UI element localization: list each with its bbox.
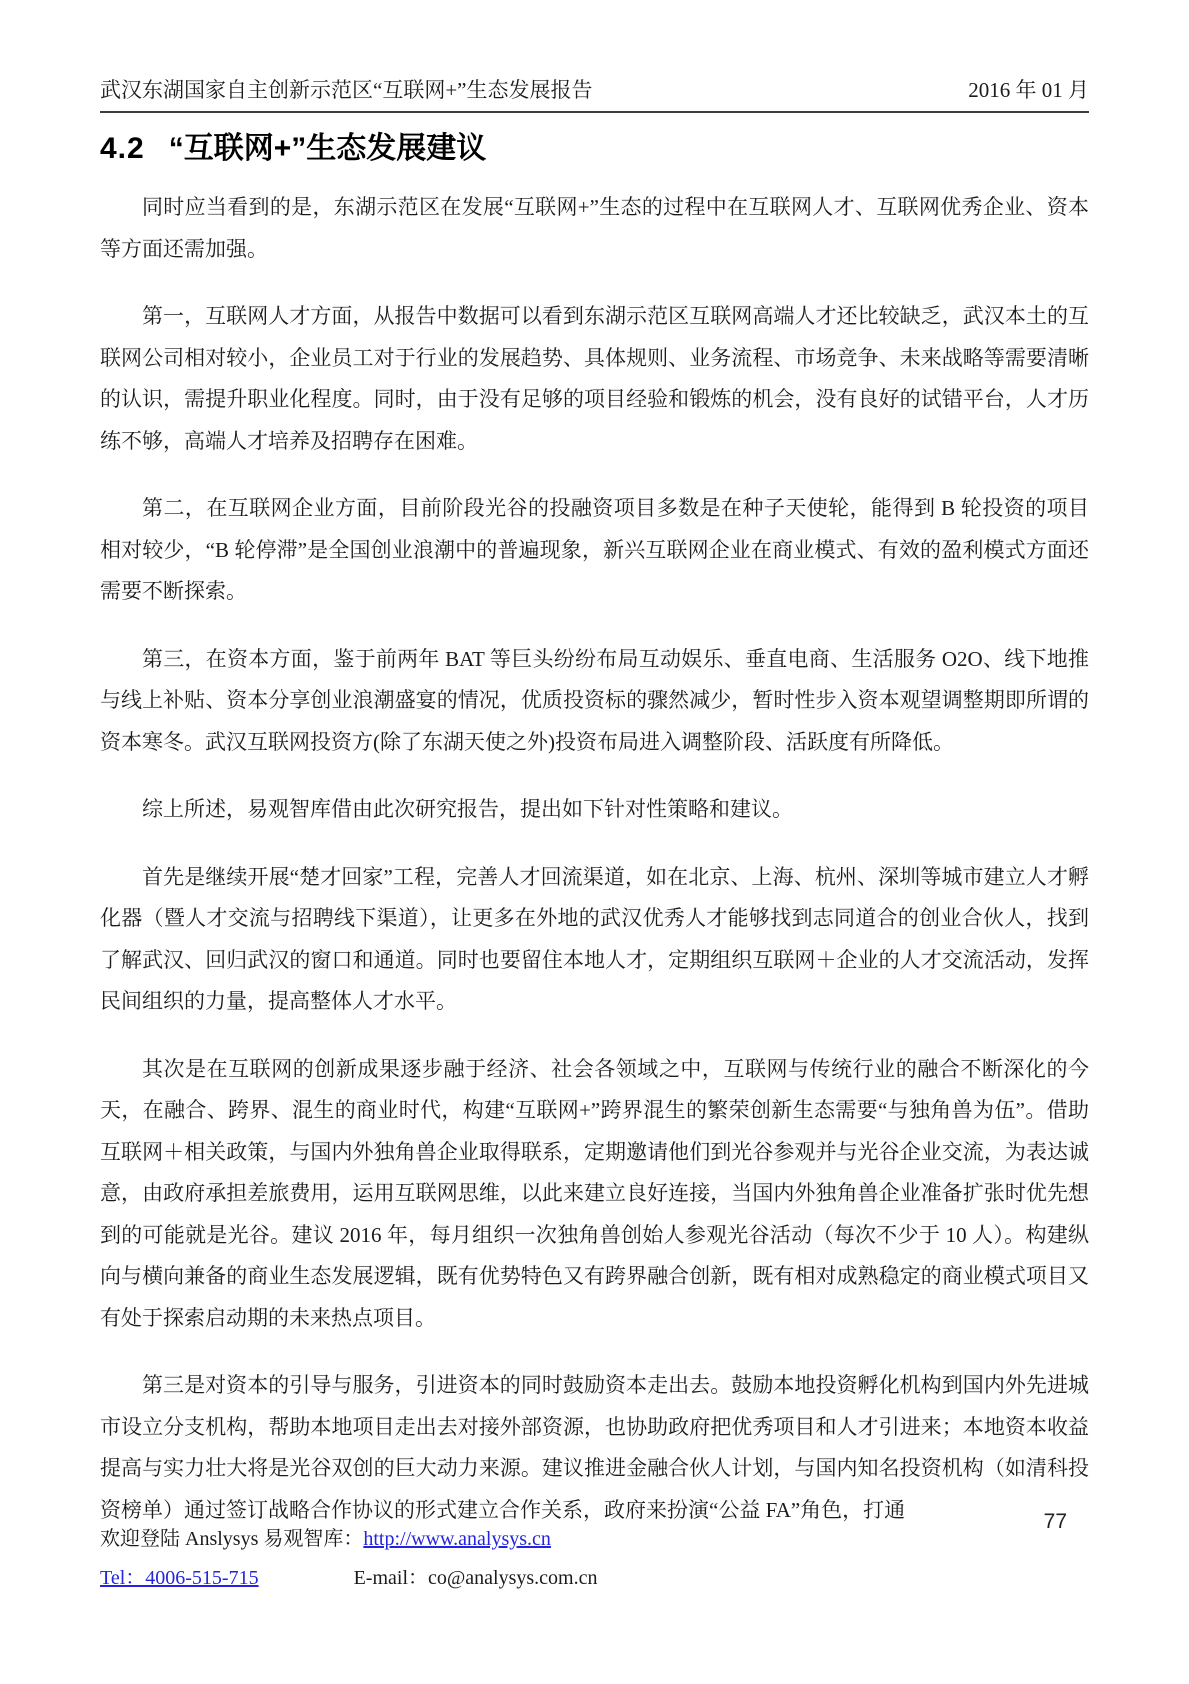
section-title: “互联网+”生态发展建议 (169, 132, 487, 165)
paragraph-second-point: 第二，在互联网企业方面，目前阶段光谷的投融资项目多数是在种子天使轮，能得到 B … (100, 488, 1089, 613)
document-page: 武汉东湖国家自主创新示范区“互联网+”生态发展报告 2016 年 01 月 4.… (0, 0, 1189, 1684)
section-number: 4.2 (100, 132, 145, 165)
section-heading: 4.2“互联网+”生态发展建议 (100, 131, 1089, 167)
paragraph-suggestion-capital: 第三是对资本的引导与服务，引进资本的同时鼓励资本走出去。鼓励本地投资孵化机构到国… (100, 1365, 1089, 1531)
header-report-title: 武汉东湖国家自主创新示范区“互联网+”生态发展报告 (100, 78, 592, 102)
footer-tel-link[interactable]: Tel：4006-515-715 (100, 1567, 259, 1589)
document-body: 同时应当看到的是，东湖示范区在发展“互联网+”生态的过程中在互联网人才、互联网优… (100, 187, 1089, 1531)
footer-website-link[interactable]: http://www.analysys.cn (363, 1528, 551, 1550)
paragraph-first-point: 第一，互联网人才方面，从报告中数据可以看到东湖示范区互联网高端人才还比较缺乏，武… (100, 296, 1089, 462)
header-divider (100, 111, 1089, 113)
footer-welcome-text: 欢迎登陆 Anslysys 易观智库： (100, 1528, 363, 1550)
footer-email-text: E-mail：co@analysys.com.cn (354, 1567, 598, 1589)
paragraph-third-point: 第三，在资本方面，鉴于前两年 BAT 等巨头纷纷布局互动娱乐、垂直电商、生活服务… (100, 639, 1089, 764)
paragraph-suggestion-talent: 首先是继续开展“楚才回家”工程，完善人才回流渠道，如在北京、上海、杭州、深圳等城… (100, 857, 1089, 1023)
page-header: 武汉东湖国家自主创新示范区“互联网+”生态发展报告 2016 年 01 月 (100, 0, 1089, 102)
page-number: 77 (1044, 1510, 1067, 1534)
header-date: 2016 年 01 月 (968, 78, 1089, 102)
paragraph-summary: 综上所述，易观智库借由此次研究报告，提出如下针对性策略和建议。 (100, 789, 1089, 831)
page-footer: 欢迎登陆 Anslysys 易观智库：http://www.analysys.c… (100, 1527, 597, 1590)
paragraph-suggestion-unicorn: 其次是在互联网的创新成果逐步融于经济、社会各领域之中，互联网与传统行业的融合不断… (100, 1049, 1089, 1340)
paragraph-intro: 同时应当看到的是，东湖示范区在发展“互联网+”生态的过程中在互联网人才、互联网优… (100, 187, 1089, 270)
